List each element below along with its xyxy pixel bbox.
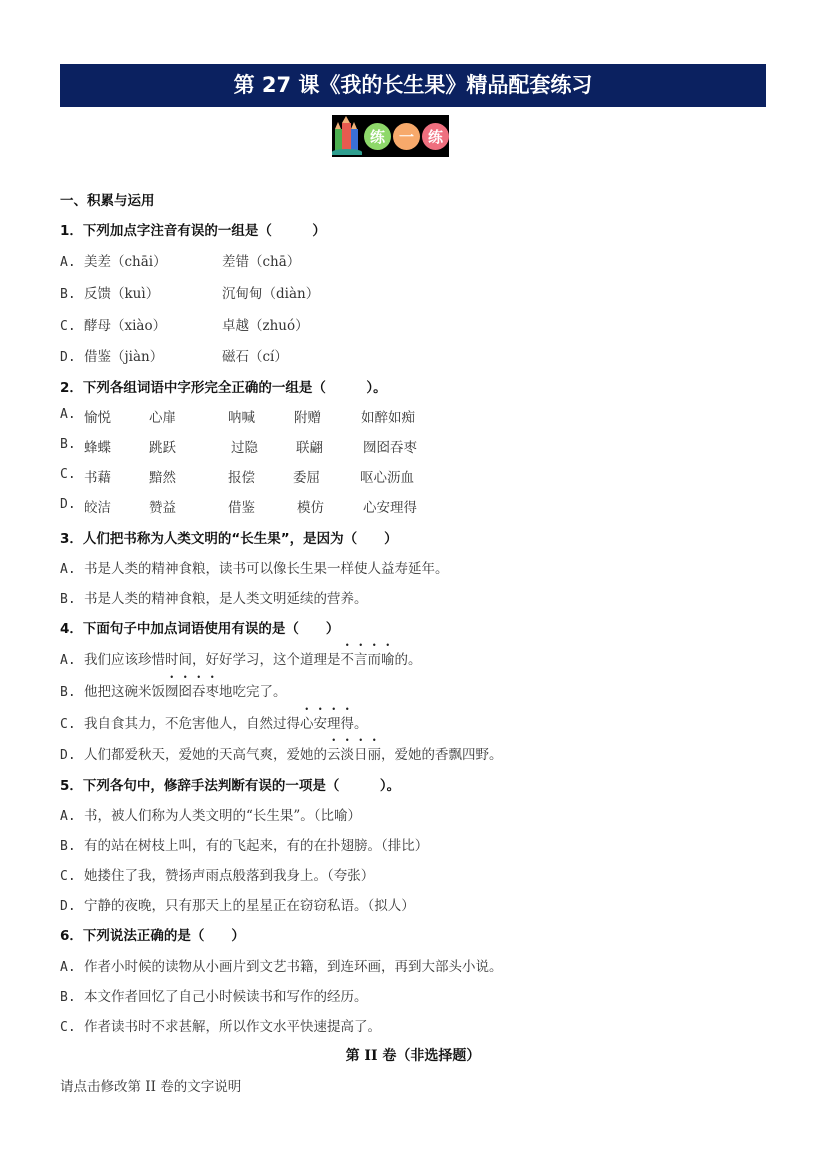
option-text-pre: 人们都爱秋天，爱她的天高气爽，爱她的	[84, 747, 327, 763]
question-6-stem: 6．下列说法正确的是（ ）	[60, 924, 245, 944]
option-label: D.	[60, 497, 84, 512]
word: 皎洁	[84, 496, 111, 516]
page-title-banner: 第 27 课《我的长生果》精品配套练习	[60, 64, 766, 107]
badge-char-2: 一	[393, 123, 420, 150]
word: 呕心沥血	[360, 466, 414, 486]
q5-option-c[interactable]: C.她搂住了我，赞扬声雨点般落到我身上。（夸张）	[60, 864, 374, 884]
option-label: B.	[60, 839, 84, 854]
option-text: 书，被人们称为人类文明的“长生果”。（比喻）	[84, 808, 361, 824]
section-heading: 一、积累与运用	[60, 189, 155, 209]
practice-badge: 练 一 练	[332, 115, 449, 157]
q4-option-a[interactable]: A.我们应该珍惜时间，好好学习，这个道理是不言而喻的。	[60, 648, 422, 668]
option-label: C.	[60, 869, 84, 884]
option-label: D.	[60, 748, 84, 763]
option-left: 酵母（xiào）	[84, 318, 166, 334]
q3-option-a[interactable]: A.书是人类的精神食粮，读书可以像长生果一样使人益寿延年。	[60, 557, 449, 577]
option-left: 反馈（kuì）	[84, 286, 159, 302]
option-text-pre: 我自食其力，不危害他人，自然过得	[84, 716, 300, 732]
question-4-stem: 4．下面句子中加点词语使用有误的是（ ）	[60, 617, 339, 637]
option-left: 借鉴（jiàn）	[84, 349, 163, 365]
emphasis-char: 喻	[381, 652, 395, 668]
emphasis-char: 云	[327, 747, 341, 763]
emphasis-char: 而	[368, 652, 382, 668]
q3-option-b[interactable]: B.书是人类的精神食粮，是人类文明延续的营养。	[60, 587, 368, 607]
part-2-title: 第 II 卷（非选择题）	[0, 1045, 826, 1065]
option-text: 书是人类的精神食粮，读书可以像长生果一样使人益寿延年。	[84, 561, 449, 577]
option-text-pre: 他把这碗米饭	[84, 684, 165, 700]
option-label: A.	[60, 407, 84, 422]
question-5-stem: 5．下列各句中，修辞手法判断有误的一项是（ ）。	[60, 774, 400, 794]
emphasis-char: 囵	[179, 684, 193, 700]
q5-option-a[interactable]: A.书，被人们称为人类文明的“长生果”。（比喻）	[60, 804, 361, 824]
option-right: 差错（chā）	[222, 250, 300, 270]
option-label: B.	[60, 437, 84, 452]
word: 借鉴	[228, 496, 255, 516]
emphasis-char: 心	[300, 716, 314, 732]
q1-option-a[interactable]: A.美差（chāi） 差错（chā）	[60, 250, 167, 270]
question-1-stem: 1．下列加点字注音有误的一组是（ ）	[60, 219, 326, 239]
option-text: 作者小时候的读物从小画片到文艺书籍，到连环画，再到大部头小说。	[84, 959, 503, 975]
option-text: 宁静的夜晚，只有那天上的星星正在窃窃私语。（拟人）	[84, 898, 415, 914]
option-label: B.	[60, 592, 84, 607]
question-3-stem: 3．人们把书称为人类文明的“长生果”，是因为（ ）	[60, 527, 398, 547]
option-label: A.	[60, 255, 84, 270]
emphasis-char: 囫	[165, 684, 179, 700]
option-label: B.	[60, 685, 84, 700]
option-label: C.	[60, 1020, 84, 1035]
option-label: B.	[60, 990, 84, 1005]
badge-char-3: 练	[422, 123, 449, 150]
q4-option-d[interactable]: D.人们都爱秋天，爱她的天高气爽，爱她的云淡日丽，爱她的香飘四野。	[60, 743, 503, 763]
option-label: C.	[60, 467, 84, 482]
q6-option-c[interactable]: C.作者读书时不求甚解，所以作文水平快速提高了。	[60, 1015, 381, 1035]
part-2-note[interactable]: 请点击修改第 II 卷的文字说明	[60, 1075, 241, 1095]
option-text: 有的站在树枝上叫，有的飞起来，有的在扑翅膀。（排比）	[84, 838, 428, 854]
option-right: 磁石（cí）	[222, 345, 288, 365]
word: 赞益	[149, 496, 176, 516]
q5-option-b[interactable]: B.有的站在树枝上叫，有的飞起来，有的在扑翅膀。（排比）	[60, 834, 428, 854]
word: 附赠	[294, 406, 321, 426]
word: 心安理得	[363, 496, 417, 516]
word: 呐喊	[228, 406, 255, 426]
emphasis-char: 安	[314, 716, 328, 732]
option-label: A.	[60, 809, 84, 824]
option-label: A.	[60, 960, 84, 975]
q4-option-b[interactable]: B.他把这碗米饭囫囵吞枣地吃完了。	[60, 680, 287, 700]
option-text: 本文作者回忆了自己小时候读书和写作的经历。	[84, 989, 368, 1005]
option-text: 书是人类的精神食粮，是人类文明延续的营养。	[84, 591, 368, 607]
option-right: 卓越（zhuó）	[222, 314, 309, 334]
option-label: B.	[60, 287, 84, 302]
word: 黯然	[149, 466, 176, 486]
dotted-phrase: 心安理得	[300, 716, 354, 732]
option-label: D.	[60, 899, 84, 914]
option-text-pre: 我们应该珍惜时间，好好学习，这个道理是	[84, 652, 341, 668]
q2-option-a[interactable]: A. 愉悦 心扉 呐喊 附赠 如醉如痴	[60, 406, 460, 424]
word: 联翩	[296, 436, 323, 456]
word: 委屈	[293, 466, 320, 486]
word: 跳跃	[149, 436, 176, 456]
page-title: 第 27 课《我的长生果》精品配套练习	[234, 73, 593, 97]
word: 模仿	[297, 496, 324, 516]
q5-option-d[interactable]: D.宁静的夜晚，只有那天上的星星正在窃窃私语。（拟人）	[60, 894, 415, 914]
dotted-phrase: 云淡日丽	[327, 747, 381, 763]
option-text-post: 。	[354, 716, 368, 732]
dotted-phrase: 囫囵吞枣	[165, 684, 219, 700]
question-2-stem: 2．下列各组词语中字形完全正确的一组是（ ）。	[60, 376, 387, 396]
emphasis-char: 不	[341, 652, 355, 668]
emphasis-char: 理	[327, 716, 341, 732]
option-right: 沉甸甸（diàn）	[222, 282, 319, 302]
badge-char-1: 练	[364, 123, 391, 150]
emphasis-char: 淡	[341, 747, 355, 763]
emphasis-char: 枣	[206, 684, 220, 700]
option-left: 美差（chāi）	[84, 254, 167, 270]
word: 蜂蝶	[84, 436, 111, 456]
dotted-phrase: 不言而喻	[341, 652, 395, 668]
word: 囫囵吞枣	[363, 436, 417, 456]
q1-option-b[interactable]: B.反馈（kuì） 沉甸甸（diàn）	[60, 282, 159, 302]
castle-icon	[332, 115, 362, 157]
option-text: 她搂住了我，赞扬声雨点般落到我身上。（夸张）	[84, 868, 374, 884]
option-text-post: ，爱她的香飘四野。	[381, 747, 503, 763]
q2-option-d[interactable]: D. 皎洁 赞益 借鉴 模仿 心安理得	[60, 496, 460, 514]
q2-option-c[interactable]: C. 书藉 黯然 报偿 委屈 呕心沥血	[60, 466, 460, 484]
q4-option-c[interactable]: C.我自食其力，不危害他人，自然过得心安理得。	[60, 712, 368, 732]
emphasis-char: 得	[341, 716, 355, 732]
word: 心扉	[149, 406, 176, 426]
emphasis-char: 言	[354, 652, 368, 668]
q6-option-a[interactable]: A.作者小时候的读物从小画片到文艺书籍，到连环画，再到大部头小说。	[60, 955, 503, 975]
option-text: 作者读书时不求甚解，所以作文水平快速提高了。	[84, 1019, 381, 1035]
emphasis-char: 日	[354, 747, 368, 763]
option-label: C.	[60, 319, 84, 334]
q6-option-b[interactable]: B.本文作者回忆了自己小时候读书和写作的经历。	[60, 985, 368, 1005]
option-text-post: 地吃完了。	[219, 684, 287, 700]
word: 书藉	[84, 466, 111, 486]
q1-option-d[interactable]: D.借鉴（jiàn） 磁石（cí）	[60, 345, 163, 365]
option-label: D.	[60, 350, 84, 365]
word: 愉悦	[84, 406, 111, 426]
word: 过隐	[231, 436, 258, 456]
option-label: A.	[60, 653, 84, 668]
word: 如醉如痴	[361, 406, 415, 426]
word: 报偿	[228, 466, 255, 486]
emphasis-char: 丽	[368, 747, 382, 763]
option-label: A.	[60, 562, 84, 577]
option-text-post: 的。	[395, 652, 422, 668]
option-label: C.	[60, 717, 84, 732]
q1-option-c[interactable]: C.酵母（xiào） 卓越（zhuó）	[60, 314, 166, 334]
q2-option-b[interactable]: B. 蜂蝶 跳跃 过隐 联翩 囫囵吞枣	[60, 436, 460, 454]
emphasis-char: 吞	[192, 684, 206, 700]
